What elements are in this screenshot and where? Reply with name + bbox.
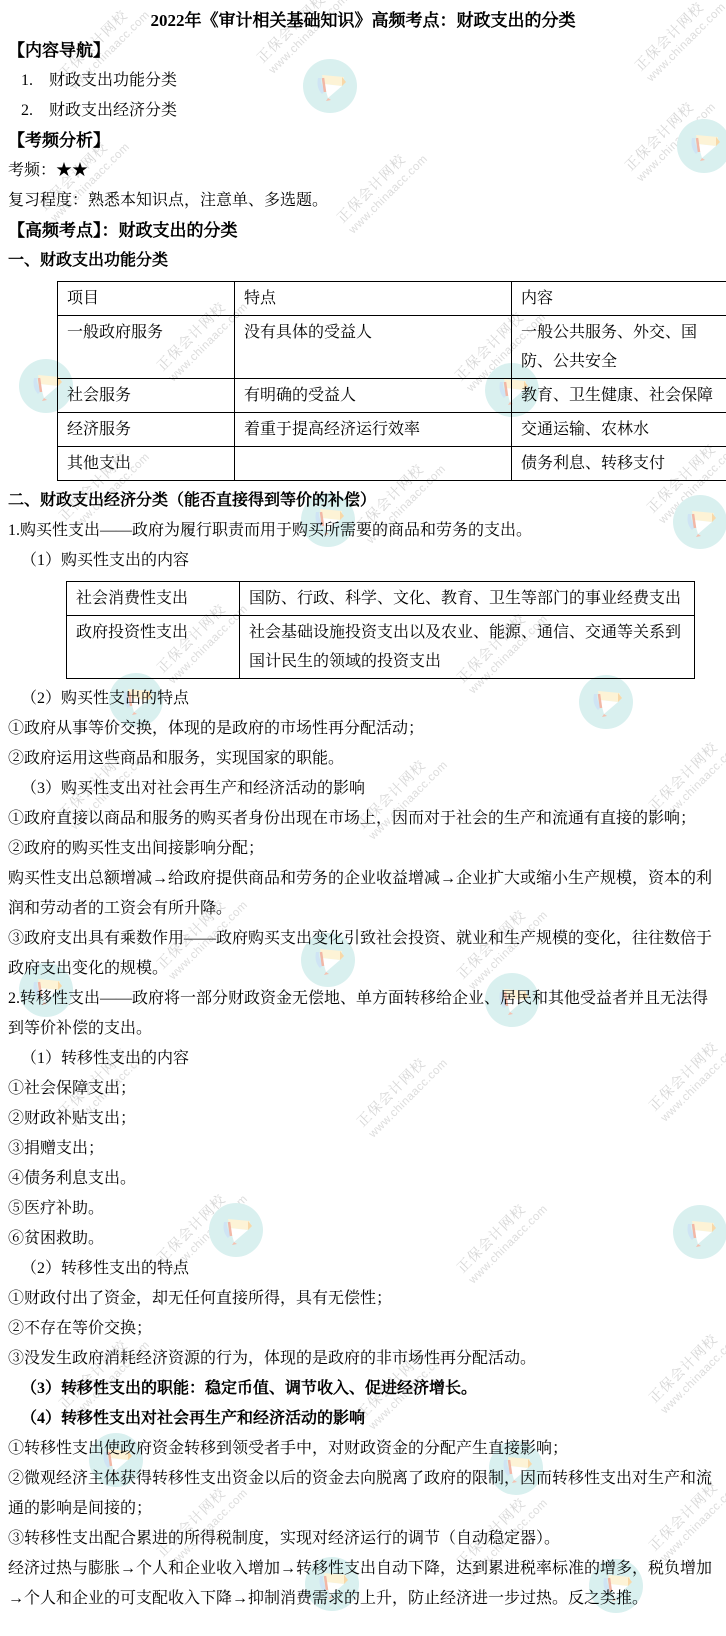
- list-item: ②微观经济主体获得转移性支出资金以后的资金去向脱离了政府的限制，因而转移性支出对…: [8, 1464, 718, 1524]
- list-item: ②政府的购买性支出间接影响分配；: [8, 834, 718, 864]
- purchase-features-subheading: （2）购买性支出的特点: [8, 684, 718, 714]
- table-header-cell: 内容: [512, 282, 726, 316]
- list-item: ④债务利息支出。: [8, 1164, 718, 1194]
- document-page: 正保会计网校www.chinaacc.com正保会计网校www.chinaacc…: [0, 0, 726, 1636]
- list-item: ②不存在等价交换；: [8, 1314, 718, 1344]
- table-cell: 没有具体的受益人: [235, 316, 512, 379]
- purchase-impact-subheading: （3）购买性支出对社会再生产和经济活动的影响: [8, 774, 718, 804]
- table-row: 社会服务 有明确的受益人 教育、卫生健康、社会保障: [58, 379, 726, 413]
- list-item: ⑤医疗补助。: [8, 1194, 718, 1224]
- list-item: ③转移性支出配合累进的所得税制度，实现对经济运行的调节（自动稳定器）。: [8, 1524, 718, 1554]
- list-item: ②政府运用这些商品和服务，实现国家的职能。: [8, 744, 718, 774]
- transfer-function-subheading: （3）转移性支出的职能：稳定币值、调节收入、促进经济增长。: [8, 1374, 718, 1404]
- article-body: 2022年《审计相关基础知识》高频考点：财政支出的分类 【内容导航】 1. 财政…: [0, 0, 726, 1614]
- table-row: 社会消费性支出 国防、行政、科学、文化、教育、卫生等部门的事业经费支出: [67, 582, 695, 616]
- list-item: ①政府从事等价交换，体现的是政府的市场性再分配活动；: [8, 714, 718, 744]
- table-row: 经济服务 着重于提高经济运行效率 交通运输、农林水: [58, 413, 726, 447]
- table-header-cell: 项目: [58, 282, 235, 316]
- table-row: 其他支出 债务利息、转移支付: [58, 447, 726, 481]
- transfer-content-subheading: （1）转移性支出的内容: [8, 1044, 718, 1074]
- purchase-expenditure-table: 社会消费性支出 国防、行政、科学、文化、教育、卫生等部门的事业经费支出 政府投资…: [66, 581, 695, 679]
- table-cell: 社会消费性支出: [67, 582, 240, 616]
- list-item: ③捐赠支出；: [8, 1134, 718, 1164]
- table-row: 政府投资性支出 社会基础设施投资支出以及农业、能源、通信、交通等关系到国计民生的…: [67, 616, 695, 679]
- table-cell: [235, 447, 512, 481]
- table-cell: 政府投资性支出: [67, 616, 240, 679]
- transfer-expenditure-def: 2.转移性支出——政府将一部分财政资金无偿地、单方面转移给企业、居民和其他受益者…: [8, 984, 718, 1044]
- table-cell: 社会基础设施投资支出以及农业、能源、通信、交通等关系到国计民生的领域的投资支出: [240, 616, 695, 679]
- table-cell: 一般政府服务: [58, 316, 235, 379]
- list-item: ①转移性支出使政府资金转移到领受者手中，对财政资金的分配产生直接影响；: [8, 1434, 718, 1464]
- exam-freq-heading: 【考频分析】: [8, 126, 718, 156]
- table-cell: 着重于提高经济运行效率: [235, 413, 512, 447]
- table-cell: 有明确的受益人: [235, 379, 512, 413]
- purchase-content-subheading: （1）购买性支出的内容: [8, 546, 718, 576]
- table-cell: 一般公共服务、外交、国防、公共安全: [512, 316, 726, 379]
- page-title: 2022年《审计相关基础知识》高频考点：财政支出的分类: [8, 6, 718, 36]
- hot-topic-heading: 【高频考点】：财政支出的分类: [8, 216, 718, 246]
- section1-heading: 一、财政支出功能分类: [8, 246, 718, 276]
- transfer-impact-subheading: （4）转移性支出对社会再生产和经济活动的影响: [8, 1404, 718, 1434]
- table-header-cell: 特点: [235, 282, 512, 316]
- list-item: ①政府直接以商品和服务的购买者身份出现在市场上，因而对于社会的生产和流通有直接的…: [8, 804, 718, 834]
- list-item: ③政府支出具有乘数作用——政府购买支出变化引致社会投资、就业和生产规模的变化，往…: [8, 924, 718, 984]
- table-cell: 社会服务: [58, 379, 235, 413]
- content-nav-heading: 【内容导航】: [8, 36, 718, 66]
- table-cell: 其他支出: [58, 447, 235, 481]
- table-cell: 教育、卫生健康、社会保障: [512, 379, 726, 413]
- nav-item-2: 2. 财政支出经济分类: [8, 96, 718, 126]
- purchase-impact-note: 购买性支出总额增减→给政府提供商品和劳务的企业收益增减→企业扩大或缩小生产规模，…: [8, 864, 718, 924]
- exam-freq-stars: 考频：★★: [8, 156, 718, 186]
- purchase-expenditure-def: 1.购买性支出——政府为履行职责而用于购买所需要的商品和劳务的支出。: [8, 516, 718, 546]
- list-item: ①社会保障支出；: [8, 1074, 718, 1104]
- table-cell: 债务利息、转移支付: [512, 447, 726, 481]
- list-item: ③没发生政府消耗经济资源的行为，体现的是政府的非市场性再分配活动。: [8, 1344, 718, 1374]
- list-item: ②财政补贴支出；: [8, 1104, 718, 1134]
- list-item: ①财政付出了资金，却无任何直接所得，具有无偿性；: [8, 1284, 718, 1314]
- section2-heading: 二、财政支出经济分类（能否直接得到等价的补偿）: [8, 486, 718, 516]
- list-item: ⑥贫困救助。: [8, 1224, 718, 1254]
- table-header-row: 项目 特点 内容: [58, 282, 726, 316]
- nav-item-1: 1. 财政支出功能分类: [8, 66, 718, 96]
- transfer-features-subheading: （2）转移性支出的特点: [8, 1254, 718, 1284]
- exam-freq-review: 复习程度：熟悉本知识点，注意单、多选题。: [8, 186, 718, 216]
- table-cell: 交通运输、农林水: [512, 413, 726, 447]
- closing-note: 经济过热与膨胀→个人和企业收入增加→转移性支出自动下降，达到累进税率标准的增多，…: [8, 1554, 718, 1614]
- table-cell: 国防、行政、科学、文化、教育、卫生等部门的事业经费支出: [240, 582, 695, 616]
- function-classification-table: 项目 特点 内容 一般政府服务 没有具体的受益人 一般公共服务、外交、国防、公共…: [57, 281, 726, 481]
- table-row: 一般政府服务 没有具体的受益人 一般公共服务、外交、国防、公共安全: [58, 316, 726, 379]
- table-cell: 经济服务: [58, 413, 235, 447]
